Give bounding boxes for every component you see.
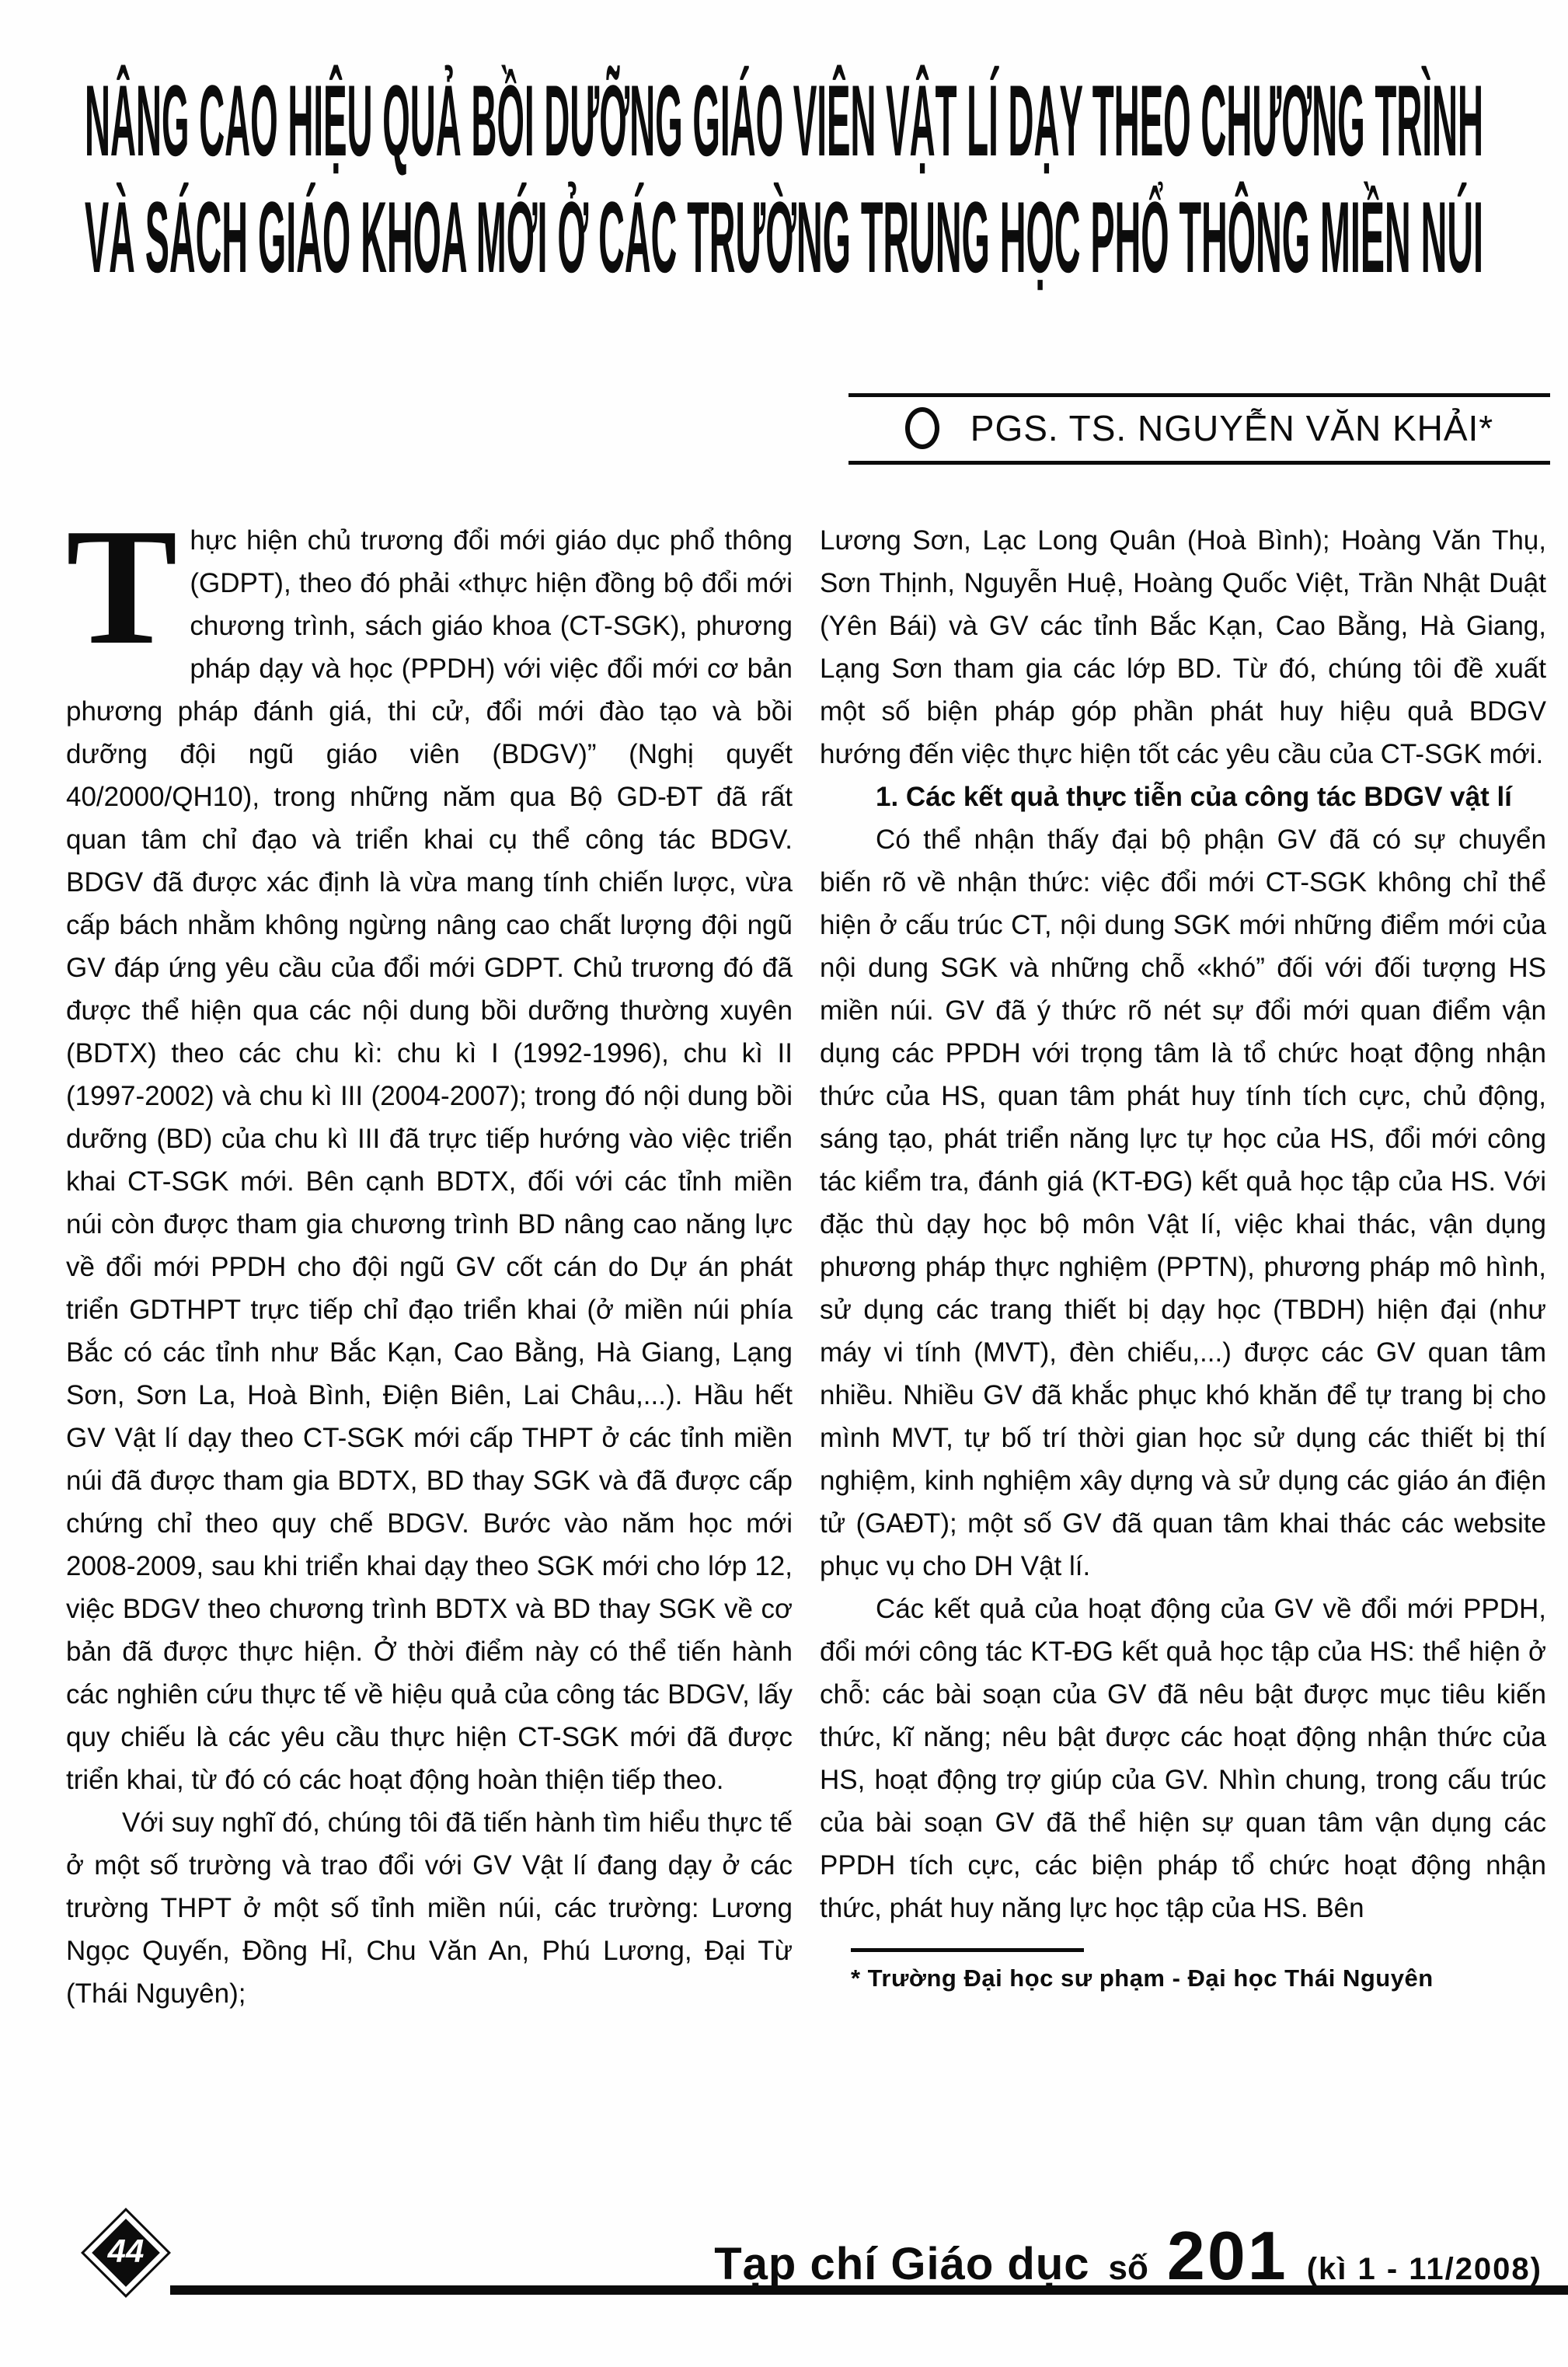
paragraph-intro: Thực hiện chủ trương đổi mới giáo dục ph… <box>66 519 793 1801</box>
author-name: PGS. TS. NGUYỄN VĂN KHẢI* <box>970 407 1493 449</box>
author-affiliation-footnote: * Trường Đại học sư phạm - Đại học Thái … <box>851 1957 1546 1999</box>
journal-title: Tạp chí Giáo dục <box>714 2238 1089 2290</box>
bullet-circle-icon <box>905 407 939 449</box>
paragraph-intro-text: hực hiện chủ trương đổi mới giáo dục phổ… <box>66 525 793 1795</box>
article-title-line2-canvas: VÀ SÁCH GIÁO KHOA MỚI Ở CÁC TRƯỜNG TRUNG… <box>79 163 1489 280</box>
page-number-diamond: 44 <box>83 2210 169 2296</box>
article-title-line1-canvas: NÂNG CAO HIỆU QUẢ BỒI DƯỠNG GIÁO VIÊN VẬ… <box>79 47 1489 163</box>
paragraph-schools: Lương Sơn, Lạc Long Quân (Hoà Bình); Hoà… <box>820 519 1546 776</box>
footnote-divider <box>851 1948 1084 1952</box>
article-body: Thực hiện chủ trương đổi mới giáo dục ph… <box>66 519 1546 2015</box>
paragraph-results-2: Các kết quả của hoạt động của GV về đổi … <box>820 1588 1546 1930</box>
left-column: Thực hiện chủ trương đổi mới giáo dục ph… <box>66 519 793 2015</box>
dropcap-letter: T <box>66 519 190 648</box>
article-title-line2: VÀ SÁCH GIÁO KHOA MỚI Ở CÁC TRƯỜNG TRUNG… <box>85 180 1483 294</box>
author-block: PGS. TS. NGUYỄN VĂN KHẢI* <box>848 393 1550 465</box>
page-number: 44 <box>108 2233 145 2270</box>
right-column: Lương Sơn, Lạc Long Quân (Hoà Bình); Hoà… <box>820 519 1546 2015</box>
issue-label: số <box>1109 2249 1148 2288</box>
paragraph-survey: Với suy nghĩ đó, chúng tôi đã tiến hành … <box>66 1801 793 2015</box>
issue-number: 201 <box>1167 2216 1288 2296</box>
paragraph-results-1: Có thể nhận thấy đại bộ phận GV đã có sự… <box>820 818 1546 1588</box>
article-title: NÂNG CAO HIỆU QUẢ BỒI DƯỠNG GIÁO VIÊN VẬ… <box>79 47 1489 280</box>
journal-page: NÂNG CAO HIỆU QUẢ BỒI DƯỠNG GIÁO VIÊN VẬ… <box>0 0 1568 2367</box>
article-title-line1: NÂNG CAO HIỆU QUẢ BỒI DƯỠNG GIÁO VIÊN VẬ… <box>85 64 1483 177</box>
section-heading-1: 1. Các kết quả thực tiễn của công tác BD… <box>820 776 1546 818</box>
journal-footer: Tạp chí Giáo dục số 201 (kì 1 - 11/2008) <box>714 2216 1542 2296</box>
issue-detail: (kì 1 - 11/2008) <box>1307 2252 1542 2287</box>
